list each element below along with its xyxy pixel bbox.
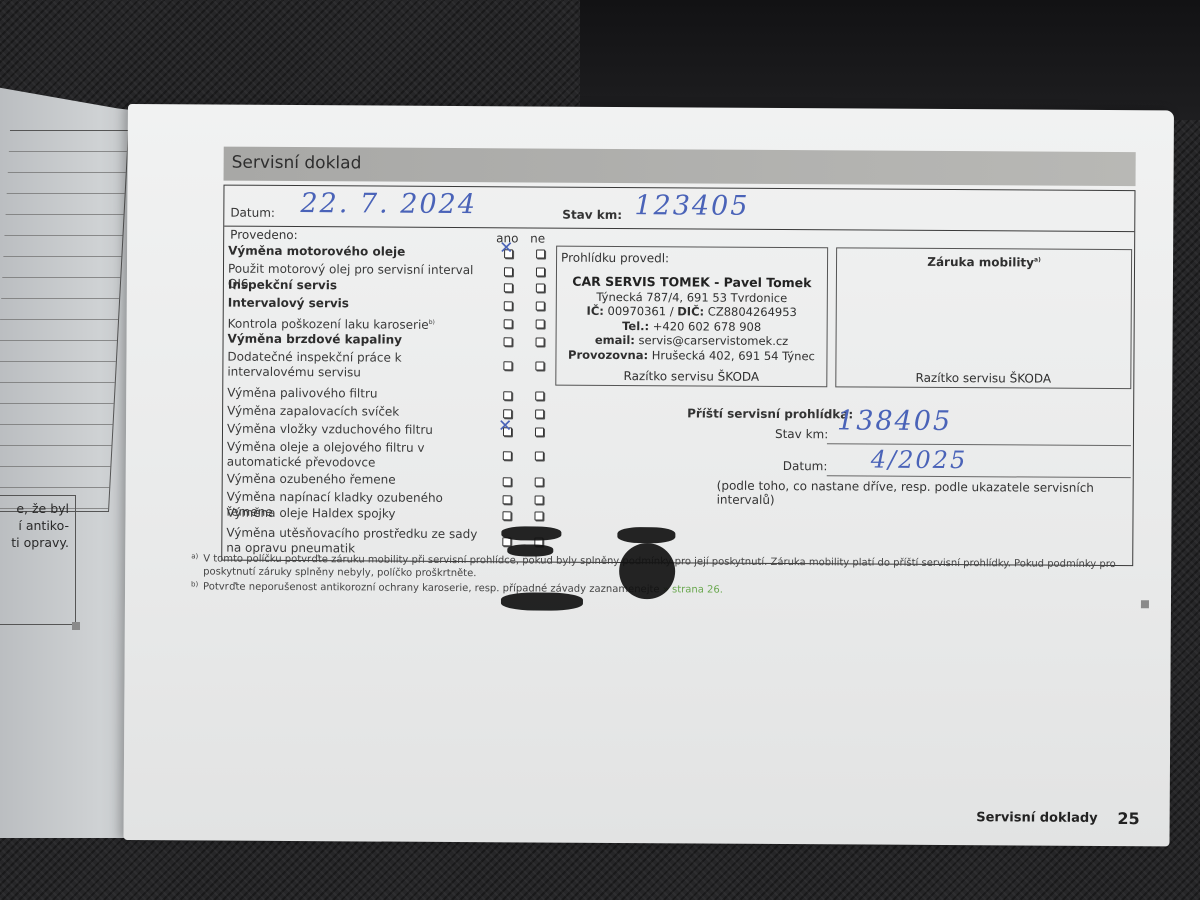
inspection-stamp-caption: Razítko servisu ŠKODA [556, 369, 826, 385]
service-item-label: Výměna ozubeného řemene [227, 472, 487, 489]
checkbox-ne[interactable] [535, 409, 544, 418]
checkbox-ano[interactable] [504, 267, 513, 276]
next-stav-km-value[interactable]: 138405 [837, 405, 952, 437]
page-number: 25 [1117, 809, 1139, 828]
service-item: Výměna oleje a olejového filtru v automa… [223, 440, 557, 472]
next-stav-km-label: Stav km: [775, 427, 828, 441]
service-item-label: Výměna oleje Haldex spojky [226, 506, 486, 523]
service-item: Výměna oleje Haldex spojky [222, 506, 556, 523]
left-page-note: e, že byl í antiko- ti opravy. [0, 495, 76, 625]
checkbox-ne[interactable] [536, 319, 545, 328]
next-datum-label: Datum: [783, 459, 828, 473]
col-no-header: ne [530, 231, 545, 245]
next-datum-value[interactable]: 4/2025 [871, 446, 968, 475]
ic-label: IČ: [587, 304, 604, 318]
checkbox-ne[interactable] [536, 301, 545, 310]
redaction-blot [617, 527, 675, 543]
tel-value: +420 602 678 908 [653, 319, 761, 334]
footer-section-title: Servisní doklady [976, 810, 1097, 826]
checkbox-ano[interactable] [502, 511, 511, 520]
mobility-title: Záruka mobilitya) [837, 252, 1131, 270]
dic-label: DIČ: [677, 304, 704, 318]
redaction-blot [501, 526, 561, 540]
service-item-label: Kontrola poškození laku karoserieb) [228, 314, 488, 334]
email-label: email: [595, 333, 635, 347]
service-record-page: Servisní doklad Datum: 22. 7. 2024 Stav … [124, 104, 1174, 846]
mobility-title-text: Záruka mobility [927, 255, 1034, 270]
datum-label: Datum: [230, 206, 275, 220]
service-item-label: Výměna vložky vzduchového filtru [227, 422, 487, 439]
service-item: Kontrola poškození laku karoserieb) [224, 314, 558, 334]
provozovna-label: Provozovna: [568, 347, 648, 361]
stav-km-value[interactable]: 123405 [634, 190, 749, 222]
next-service-title: Příští servisní prohlídka: [687, 406, 853, 421]
service-stamp: CAR SERVIS TOMEK - Pavel Tomek Týnecká 7… [556, 275, 827, 364]
checkbox-ano[interactable] [504, 319, 513, 328]
provozovna-value: Hrušecká 402, 691 54 Týnec [652, 348, 815, 363]
checkbox-ne[interactable] [534, 511, 543, 520]
footnote-mark: a) [191, 550, 198, 563]
checkbox-ano[interactable] [503, 427, 512, 436]
mobility-warranty-box: Záruka mobilitya) Razítko servisu ŠKODA [835, 247, 1132, 389]
checkbox-ano[interactable] [503, 451, 512, 460]
service-item-label: Inspekční servis [228, 278, 488, 295]
footnote-text: Potvrďte neporušenost antikorozní ochran… [203, 581, 660, 595]
service-item-label: Výměna brzdové kapaliny [228, 332, 488, 349]
service-item: Intervalový servis [224, 296, 558, 313]
end-mark-icon [72, 622, 80, 630]
checkbox-ne[interactable] [536, 267, 545, 276]
stamp-ink-circle [619, 543, 675, 599]
next-datum-line [827, 475, 1131, 478]
service-item: Výměna motorového oleje [224, 244, 558, 261]
redaction-blot [507, 544, 553, 556]
redaction-blot [501, 592, 583, 611]
checkbox-ne[interactable] [536, 283, 545, 292]
left-page-form-lines [0, 130, 129, 512]
checkbox-ne[interactable] [535, 427, 544, 436]
checkbox-ne[interactable] [535, 451, 544, 460]
checkbox-ano[interactable] [503, 391, 512, 400]
page-reference-link[interactable]: » strana 26. [663, 584, 723, 595]
checkbox-ne[interactable] [536, 249, 545, 258]
service-record-form: Datum: 22. 7. 2024 Stav km: 123405 Prove… [221, 185, 1135, 567]
service-item-label: Dodatečné inspekční práce k intervalovém… [227, 350, 487, 382]
checkbox-ano[interactable] [504, 283, 513, 292]
service-item: Výměna palivového filtru [223, 386, 557, 403]
stav-km-label: Stav km: [562, 208, 622, 222]
page-title: Servisní doklad [232, 153, 362, 174]
end-mark-icon [1141, 600, 1149, 608]
checkbox-ne[interactable] [535, 391, 544, 400]
service-item-label: Výměna motorového oleje [228, 244, 488, 261]
dic-value: CZ8804264953 [708, 305, 797, 320]
next-service-note: (podle toho, co nastane dříve, resp. pod… [717, 479, 1133, 510]
ic-value: 00970361 [608, 304, 667, 318]
service-item: Dodatečné inspekční práce k intervalovém… [223, 350, 557, 382]
checkbox-ano[interactable] [503, 477, 512, 486]
checkbox-ano[interactable] [503, 495, 512, 504]
datum-row: Datum: 22. 7. 2024 Stav km: 123405 [224, 186, 1134, 233]
service-item-label: Výměna zapalovacích svíček [227, 404, 487, 421]
inspection-box: Prohlídku provedl: CAR SERVIS TOMEK - Pa… [555, 246, 828, 388]
mobility-stamp-caption: Razítko servisu ŠKODA [836, 370, 1130, 386]
email-value: servis@carservistomek.cz [639, 333, 789, 348]
checkbox-ne[interactable] [535, 361, 544, 370]
service-item-label: Výměna oleje a olejového filtru v automa… [227, 440, 487, 472]
service-item: Výměna vložky vzduchového filtru [223, 422, 557, 439]
service-item-label: Intervalový servis [228, 296, 488, 313]
checkbox-ano[interactable] [504, 301, 513, 310]
stamp-address: Týnecká 787/4, 691 53 Tvrdonice [557, 289, 827, 305]
tel-label: Tel.: [622, 319, 649, 333]
service-item-label: Výměna palivového filtru [227, 386, 487, 403]
checkbox-ne[interactable] [535, 477, 544, 486]
note-line: ti opravy. [0, 534, 69, 551]
stamp-company: CAR SERVIS TOMEK - Pavel Tomek [557, 275, 827, 291]
checkbox-ano[interactable] [504, 337, 513, 346]
inspection-label: Prohlídku provedl: [561, 251, 669, 266]
section-header: Servisní doklad [224, 147, 1136, 187]
note-line: í antiko- [0, 517, 69, 534]
checkbox-ano[interactable] [503, 361, 512, 370]
checkbox-ne[interactable] [535, 495, 544, 504]
note-line: e, že byl [0, 500, 69, 517]
leather-seat-back [580, 0, 1200, 120]
mobility-sup: a) [1034, 257, 1041, 264]
service-item: Inspekční servis [224, 278, 558, 295]
service-item: Výměna brzdové kapaliny [224, 332, 558, 349]
checkbox-ano[interactable] [504, 249, 513, 258]
checkbox-ne[interactable] [536, 337, 545, 346]
provedeno-label: Provedeno: [230, 228, 298, 242]
datum-value[interactable]: 22. 7. 2024 [300, 188, 477, 220]
footnote-mark: b) [191, 578, 198, 591]
service-item: Výměna ozubeného řemene [223, 472, 557, 489]
footnote-ref: b) [429, 319, 435, 326]
